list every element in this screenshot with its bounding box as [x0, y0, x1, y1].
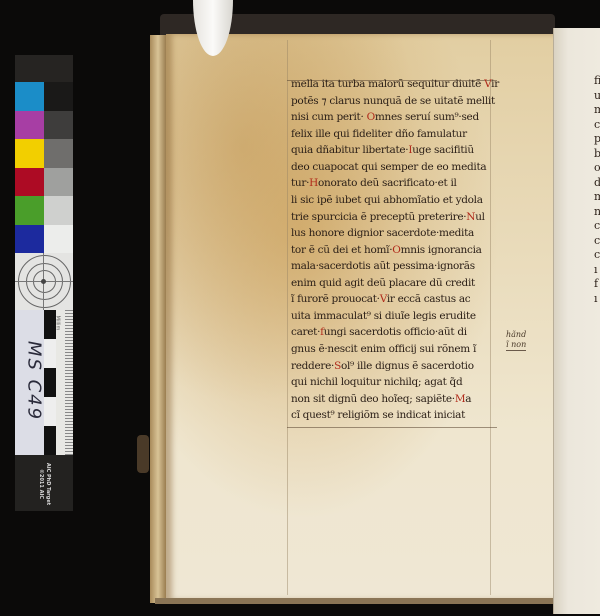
recto-text-fragment: ı — [594, 263, 600, 278]
rubricated-initial: O — [367, 111, 375, 123]
target-credit: AIC PhD Target©2011 AIC — [15, 455, 73, 511]
millimeter-ruler: Millim — [56, 310, 73, 455]
manuscript-text-block: mella ita turba malorũ sequitur diuitẽ V… — [291, 76, 501, 424]
recto-text-fragment: c — [594, 219, 600, 234]
manuscript-line: mella ita turba malorũ sequitur diuitẽ V… — [291, 76, 501, 93]
book-bottom-edge — [155, 598, 555, 604]
manuscript-line: deo cuapocat qui semper de eo medita — [291, 159, 501, 176]
gray-patch-gray-1 — [44, 82, 73, 111]
rubricated-initial: O — [392, 244, 400, 256]
rubricated-initial: H — [309, 177, 318, 189]
color-patch-blue — [15, 225, 44, 254]
ruling-line-left — [287, 40, 288, 595]
ruling-line-bottom — [287, 427, 497, 428]
gray-patch-gray-6 — [44, 225, 73, 254]
recto-text-fragment: f — [594, 277, 600, 292]
manuscript-line: reddere·Sol⁹ ille dignus ẽ sacerdotio — [291, 358, 501, 375]
manuscript-line: ĩ furorẽ prouocat·Vir eccã castus ac — [291, 291, 501, 308]
color-patch-yellow — [15, 139, 44, 168]
rubricated-initial: f — [320, 326, 324, 338]
recto-text-fragment: ua — [594, 89, 600, 104]
manuscript-line: potẽs ⁊ clarus nunquã de se uitatẽ melli… — [291, 93, 501, 110]
color-calibration-target: MS C49 Millim AIC PhD Target©2011 AIC — [15, 55, 73, 511]
recto-text-fragment: ca — [594, 118, 600, 133]
manuscript-line: quia dñabitur libertate·Iuge sacifitiũ — [291, 142, 501, 159]
recto-text-fragment: fic — [594, 74, 600, 89]
manuscript-line: tor ẽ cũ dei et homĩ·Omnis ignorancia — [291, 242, 501, 259]
ms-shelfmark-label: MS C49 — [15, 319, 45, 444]
target-header-black — [15, 55, 73, 82]
gray-patch-gray-2 — [44, 111, 73, 140]
manuscript-line: felix ille qui fideliter dño famulatur — [291, 126, 501, 143]
marginal-note-line-1: hãnd — [506, 330, 526, 340]
recto-text-fragment: o — [594, 161, 600, 176]
marginal-note: hãnd ĩ non — [506, 330, 526, 351]
manuscript-page-recto-edge: ficuamcapiboodmncccıfı — [553, 28, 600, 614]
manuscript-line: li sic ipẽ iubet qui abhomĩatio et ydola — [291, 192, 501, 209]
manuscript-line: tur·Honorato deũ sacrificato·et il — [291, 175, 501, 192]
recto-text-fragment: bo — [594, 147, 600, 162]
color-patch-cyan — [15, 82, 44, 111]
rubricated-initial: V — [484, 78, 491, 90]
book-clasp — [137, 435, 149, 473]
manuscript-line: gnus ẽ·nescit enim officij sui rõnem ĩ — [291, 341, 501, 358]
manuscript-line: mala·sacerdotis aũt pessima·ignorãs — [291, 258, 501, 275]
rubricated-initial: S — [334, 360, 341, 372]
manuscript-line: qui nichil loquitur nichilq; agat q̃d — [291, 374, 501, 391]
recto-text-fragment: pi — [594, 132, 600, 147]
manuscript-line: non sit dignũ deo hoĩeq; sapiẽte·Ma — [291, 391, 501, 408]
ms-label-area: MS C49 — [15, 310, 44, 455]
rubricated-initial: M — [455, 393, 465, 405]
color-patch-red — [15, 168, 44, 197]
recto-text-fragment: m — [594, 103, 600, 118]
manuscript-line: uita immaculat⁹ si diuĩe legis erudite — [291, 308, 501, 325]
color-patch-green — [15, 196, 44, 225]
recto-text-fragment: c — [594, 248, 600, 263]
bullseye-target — [15, 253, 73, 310]
manuscript-line: caret·fungi sacerdotis officio·aũt di — [291, 324, 501, 341]
manuscript-line: lus honore dignior sacerdote·medita — [291, 225, 501, 242]
rubricated-initial: N — [466, 211, 475, 223]
ruler-unit-label: Millim — [54, 316, 60, 331]
color-patch-magenta — [15, 111, 44, 140]
manuscript-line: enim quid agit deũ placare dũ credit — [291, 275, 501, 292]
credit-line-2: ©2011 AIC — [37, 447, 44, 521]
gray-patch-gray-5 — [44, 196, 73, 225]
credit-line-1: AIC PhD Target — [44, 447, 51, 521]
recto-text-fragment: ı — [594, 292, 600, 307]
manuscript-line: trie spurcicia ẽ preceptũ preterire·Nul — [291, 209, 501, 226]
recto-text-fragment: n — [594, 205, 600, 220]
recto-text-fragment: d — [594, 176, 600, 191]
manuscript-line: cĩ quest⁹ religiõm se indicat iniciat — [291, 407, 501, 424]
gray-patch-gray-4 — [44, 168, 73, 197]
recto-text-fragment: m — [594, 190, 600, 205]
rubricated-initial: V — [380, 293, 387, 305]
rubricated-initial: I — [408, 144, 412, 156]
manuscript-line: nisi cum perit· Omnes seruí sum⁹·sed — [291, 109, 501, 126]
marginal-note-line-2: ĩ non — [506, 340, 526, 351]
scale-bar — [44, 310, 56, 455]
gray-patch-gray-3 — [44, 139, 73, 168]
recto-text-fragment: c — [594, 234, 600, 249]
